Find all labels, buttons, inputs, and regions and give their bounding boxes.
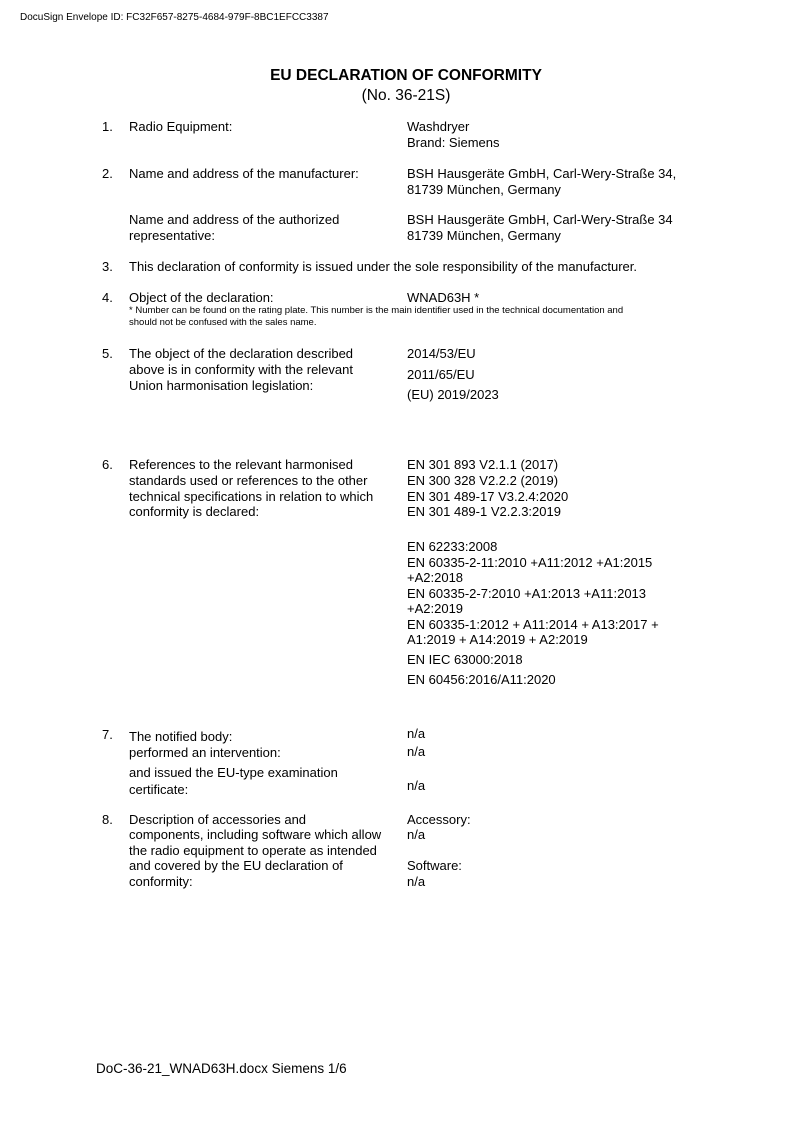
standard-item: +A2:2019	[407, 601, 463, 617]
section-label: Object of the declaration:	[129, 290, 274, 306]
software-label: Software:	[407, 858, 462, 874]
standard-item: EN 60335-1:2012 + A11:2014 + A13:2017 +	[407, 617, 659, 633]
section-text: This declaration of conformity is issued…	[129, 259, 637, 275]
software-value: n/a	[407, 874, 425, 890]
docusign-envelope-id: DocuSign Envelope ID: FC32F657-8275-4684…	[20, 12, 329, 23]
section-label: Description of accessories and	[129, 812, 306, 828]
section-number: 5.	[102, 346, 113, 362]
section-label: standards used or references to the othe…	[129, 473, 367, 489]
section-number: 1.	[102, 119, 113, 135]
section-label: conformity is declared:	[129, 504, 259, 520]
standard-item: EN 60456:2016/A11:2020	[407, 672, 556, 688]
representative-value: BSH Hausgeräte GmbH, Carl-Wery-Straße 34	[407, 212, 673, 228]
footnote: * Number can be found on the rating plat…	[129, 305, 623, 317]
section-number: 3.	[102, 259, 113, 275]
representative-value: 81739 München, Germany	[407, 228, 561, 244]
section-label: and issued the EU-type examination	[129, 765, 338, 781]
section-number: 2.	[102, 166, 113, 182]
section-label: the radio equipment to operate as intend…	[129, 843, 377, 859]
section-value: BSH Hausgeräte GmbH, Carl-Wery-Straße 34…	[407, 166, 676, 182]
section-value: n/a	[407, 726, 425, 742]
standard-item: EN 301 489-1 V2.2.3:2019	[407, 504, 561, 520]
standard-item: EN 60335-2-7:2010 +A1:2013 +A11:2013	[407, 586, 646, 602]
section-value: n/a	[407, 744, 425, 760]
section-value: Washdryer	[407, 119, 469, 135]
representative-label: Name and address of the authorized	[129, 212, 339, 228]
section-number: 4.	[102, 290, 113, 306]
section-label: certificate:	[129, 782, 188, 798]
standard-item: EN 301 893 V2.1.1 (2017)	[407, 457, 558, 473]
accessory-value: n/a	[407, 827, 425, 843]
section-number: 7.	[102, 727, 113, 743]
legislation-item: 2014/53/EU	[407, 346, 476, 362]
standard-item: EN 300 328 V2.2.2 (2019)	[407, 473, 558, 489]
page-footer: DoC-36-21_WNAD63H.docx Siemens 1/6	[96, 1061, 347, 1076]
section-number: 6.	[102, 457, 113, 473]
declaration-number: (No. 36-21S)	[0, 87, 802, 105]
section-value: 81739 München, Germany	[407, 182, 561, 198]
section-label: The object of the declaration described	[129, 346, 353, 362]
page-title: EU DECLARATION OF CONFORMITY	[0, 67, 802, 85]
legislation-item: 2011/65/EU	[407, 367, 475, 383]
section-label: Radio Equipment:	[129, 119, 232, 135]
section-label: above is in conformity with the relevant	[129, 362, 353, 378]
standard-item: EN 62233:2008	[407, 539, 497, 555]
representative-label: representative:	[129, 228, 215, 244]
section-label: Name and address of the manufacturer:	[129, 166, 359, 182]
section-label: Union harmonisation legislation:	[129, 378, 313, 394]
section-label: References to the relevant harmonised	[129, 457, 353, 473]
accessory-label: Accessory:	[407, 812, 471, 828]
standard-item: EN IEC 63000:2018	[407, 652, 523, 668]
standard-item: EN 301 489-17 V3.2.4:2020	[407, 489, 568, 505]
section-value: n/a	[407, 778, 425, 794]
footnote: should not be confused with the sales na…	[129, 317, 316, 329]
standard-item: +A2:2018	[407, 570, 463, 586]
section-label: and covered by the EU declaration of	[129, 858, 343, 874]
standard-item: EN 60335-2-11:2010 +A11:2012 +A1:2015	[407, 555, 652, 571]
legislation-item: (EU) 2019/2023	[407, 387, 499, 403]
section-label: components, including software which all…	[129, 827, 381, 843]
section-number: 8.	[102, 812, 113, 828]
section-label: The notified body:	[129, 729, 232, 745]
standard-item: A1:2019 + A14:2019 + A2:2019	[407, 632, 588, 648]
section-label: performed an intervention:	[129, 745, 281, 761]
section-label: technical specifications in relation to …	[129, 489, 373, 505]
section-label: conformity:	[129, 874, 193, 890]
section-value: Brand: Siemens	[407, 135, 500, 151]
model-number: WNAD63H *	[407, 290, 479, 306]
